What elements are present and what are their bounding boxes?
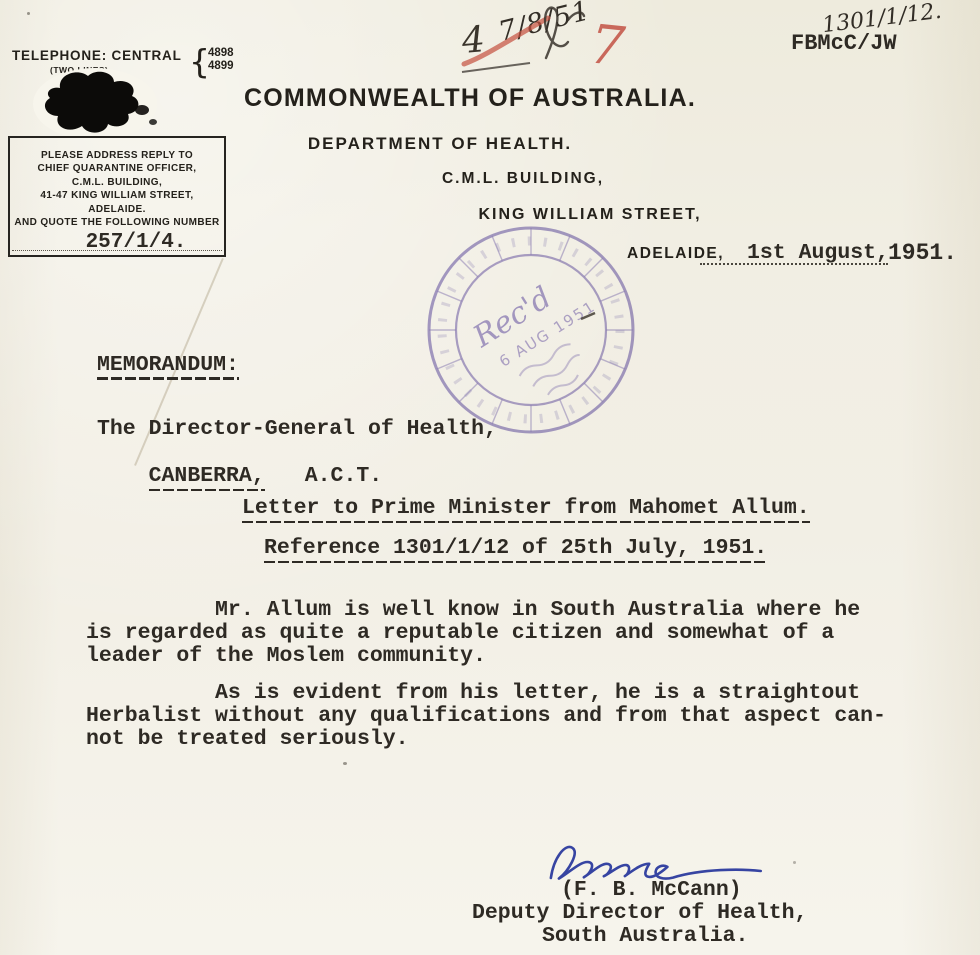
stamp-rim-dividers — [429, 228, 633, 432]
street-line: KING WILLIAM STREET, — [430, 206, 750, 224]
ink-blot-satellite — [135, 105, 149, 115]
dept-title: DEPARTMENT OF HEALTH. — [250, 134, 630, 154]
paper-speck — [343, 762, 347, 765]
signoff-region: South Australia. — [542, 924, 748, 948]
memo-heading: MEMORANDUM: — [97, 353, 239, 377]
addressee-line: The Director-General of Health, — [97, 417, 497, 441]
ink-flourish-stroke — [545, 8, 584, 58]
document-page: TELEPHONE: CENTRAL (TWO LINES) { 4898 48… — [0, 0, 980, 955]
scribble-strokes — [450, 0, 660, 95]
body-paragraph-1: Mr. Allum is well know in South Australi… — [86, 599, 876, 668]
reply-box-line: CHIEF QUARANTINE OFFICER, — [10, 163, 224, 174]
pencil-underline-stroke — [462, 63, 530, 72]
subject-line-1: Letter to Prime Minister from Mahomet Al… — [242, 496, 810, 520]
dotted-rule — [12, 250, 222, 251]
signoff-name: (F. B. McCann) — [561, 878, 742, 902]
building-line: C.M.L. BUILDING, — [390, 170, 656, 188]
reply-box-line: AND QUOTE THE FOLLOWING NUMBER — [10, 217, 224, 228]
received-stamp: Rec'd 6 AUG 1951 — [419, 223, 649, 441]
org-title: COMMONWEALTH OF AUSTRALIA. — [230, 84, 710, 113]
telephone-label: TELEPHONE: CENTRAL — [12, 48, 182, 63]
body-paragraph-2: As is evident from his letter, he is a s… — [86, 682, 886, 751]
printed-year: 1951. — [888, 240, 957, 266]
phone-number-1: 4898 — [208, 47, 234, 59]
typist-initials: FBMcC/JW — [791, 31, 897, 56]
reply-box-line: PLEASE ADDRESS REPLY TO — [10, 150, 224, 161]
ink-blot — [30, 66, 165, 144]
paper-speck — [793, 861, 796, 864]
ink-blot-satellite — [149, 119, 157, 125]
memo-heading-text: MEMORANDUM: — [97, 353, 239, 380]
phone-number-2: 4899 — [208, 60, 234, 72]
reply-box-line: ADELAIDE. — [10, 204, 224, 215]
red-swoosh-stroke — [464, 18, 548, 64]
phone-brace: { — [189, 42, 210, 81]
addressee-city: CANBERRA, — [149, 464, 265, 491]
signoff-title: Deputy Director of Health, — [472, 901, 807, 925]
subject-line-2-text: Reference 1301/1/12 of 25th July, 1951. — [264, 536, 767, 563]
subject-line-2: Reference 1301/1/12 of 25th July, 1951. — [264, 536, 767, 560]
reply-box-line: C.M.L. BUILDING, — [10, 177, 224, 188]
addressee-state: A.C.T. — [305, 464, 382, 488]
reply-address-box: PLEASE ADDRESS REPLY TO CHIEF QUARANTINE… — [8, 136, 226, 257]
reply-box-line: 41-47 KING WILLIAM STREET, — [10, 190, 224, 201]
typed-date: 1st August, — [747, 241, 889, 265]
paper-speck — [27, 12, 30, 15]
subject-line-1-text: Letter to Prime Minister from Mahomet Al… — [242, 496, 810, 523]
